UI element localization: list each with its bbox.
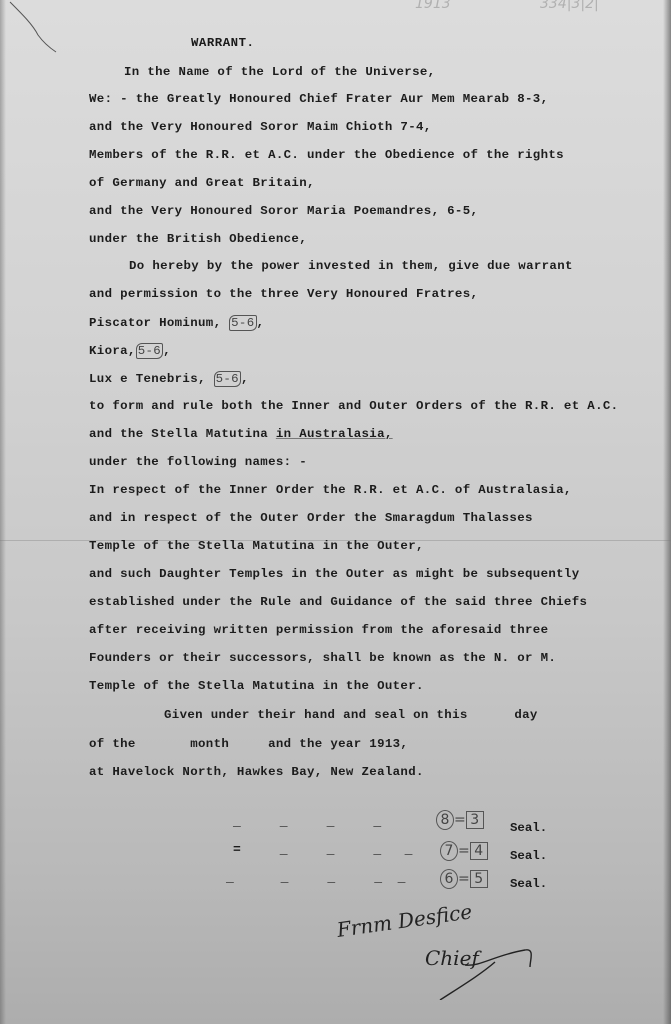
boxed-number: 5 (470, 870, 488, 888)
body-line: and the Very Honoured Soror Maria Poeman… (89, 204, 478, 218)
frater-entry: Lux e Tenebris, 5-6, (89, 371, 249, 387)
seal-dash-line: _ _ _ _ (233, 814, 405, 829)
circled-number: 6 (440, 869, 458, 889)
paper-crease-mark (8, 0, 68, 55)
body-line: established under the Rule and Guidance … (89, 595, 587, 609)
body-line: Do hereby by the power invested in them,… (129, 259, 573, 273)
frater-entry: Kiora,5-6, (89, 343, 171, 359)
invocation-line: In the Name of the Lord of the Universe, (124, 65, 435, 79)
body-line: under the following names: - (89, 455, 307, 469)
body-text: and the Stella Matutina (89, 427, 276, 441)
frater-grade: 5-6 (214, 371, 241, 387)
seal-dash-line: = _ _ _ _ (233, 842, 412, 857)
page-edge-shadow-right (663, 0, 671, 1024)
boxed-number: 3 (466, 811, 484, 829)
body-line: and permission to the three Very Honoure… (89, 287, 478, 301)
frater-name: Kiora, (89, 344, 136, 358)
archive-reference-left: 1913 (415, 0, 451, 12)
document-title: WARRANT. (191, 36, 255, 50)
frater-grade: 5-6 (136, 343, 163, 359)
body-line: Temple of the Stella Matutina in the Out… (89, 679, 424, 693)
body-line: Founders or their successors, shall be k… (89, 651, 556, 665)
page-edge-shadow-left (0, 0, 6, 1024)
body-line: and in respect of the Outer Order the Sm… (89, 511, 533, 525)
body-line: and the Stella Matutina in Australasia, (89, 427, 393, 441)
seal-label: Seal. (510, 849, 547, 863)
signature-line-1: Frnm Desfice (334, 905, 473, 942)
circled-number: 8 (436, 810, 454, 830)
date-line: of the month and the year 1913, (89, 737, 408, 751)
seal-dash-line: _ _ _ _ _ (226, 870, 405, 885)
body-line: to form and rule both the Inner and Oute… (89, 399, 618, 413)
warrant-document: 1913 334|3|2| WARRANT. In the Name of th… (0, 0, 671, 1024)
frater-suffix: , (163, 344, 171, 358)
frater-grade: 5-6 (229, 315, 256, 331)
circled-number: 7 (440, 841, 458, 861)
archive-reference-right: 334|3|2| (540, 0, 599, 12)
body-line: In respect of the Inner Order the R.R. e… (89, 483, 572, 497)
underlined-phrase: in Australasia, (276, 427, 393, 441)
body-line: after receiving written permission from … (89, 623, 548, 637)
seal-label: Seal. (510, 877, 547, 891)
place-line: at Havelock North, Hawkes Bay, New Zeala… (89, 765, 424, 779)
frater-name: Lux e Tenebris, (89, 372, 214, 386)
frater-suffix: , (257, 316, 265, 330)
handwritten-signature: Frnm Desfice Chief (330, 905, 550, 1000)
body-line: Members of the R.R. et A.C. under the Ob… (89, 148, 564, 162)
boxed-number: 4 (470, 842, 488, 860)
frater-suffix: , (241, 372, 249, 386)
body-line: and such Daughter Temples in the Outer a… (89, 567, 580, 581)
body-line: and the Very Honoured Soror Maim Chioth … (89, 120, 432, 134)
given-line: Given under their hand and seal on this … (164, 708, 538, 722)
frater-name: Piscator Hominum, (89, 316, 229, 330)
seal-grade-mark: 6=5 (440, 869, 488, 889)
frater-entry: Piscator Hominum, 5-6, (89, 315, 264, 331)
body-line: of Germany and Great Britain, (89, 176, 315, 190)
body-line: We: - the Greatly Honoured Chief Frater … (89, 92, 548, 106)
seal-grade-mark: 8=3 (436, 810, 484, 830)
seal-grade-mark: 7=4 (440, 841, 488, 861)
body-line: Temple of the Stella Matutina in the Out… (89, 539, 424, 553)
seal-label: Seal. (510, 821, 547, 835)
signature-line-2: Chief (425, 946, 482, 970)
body-line: under the British Obedience, (89, 232, 307, 246)
